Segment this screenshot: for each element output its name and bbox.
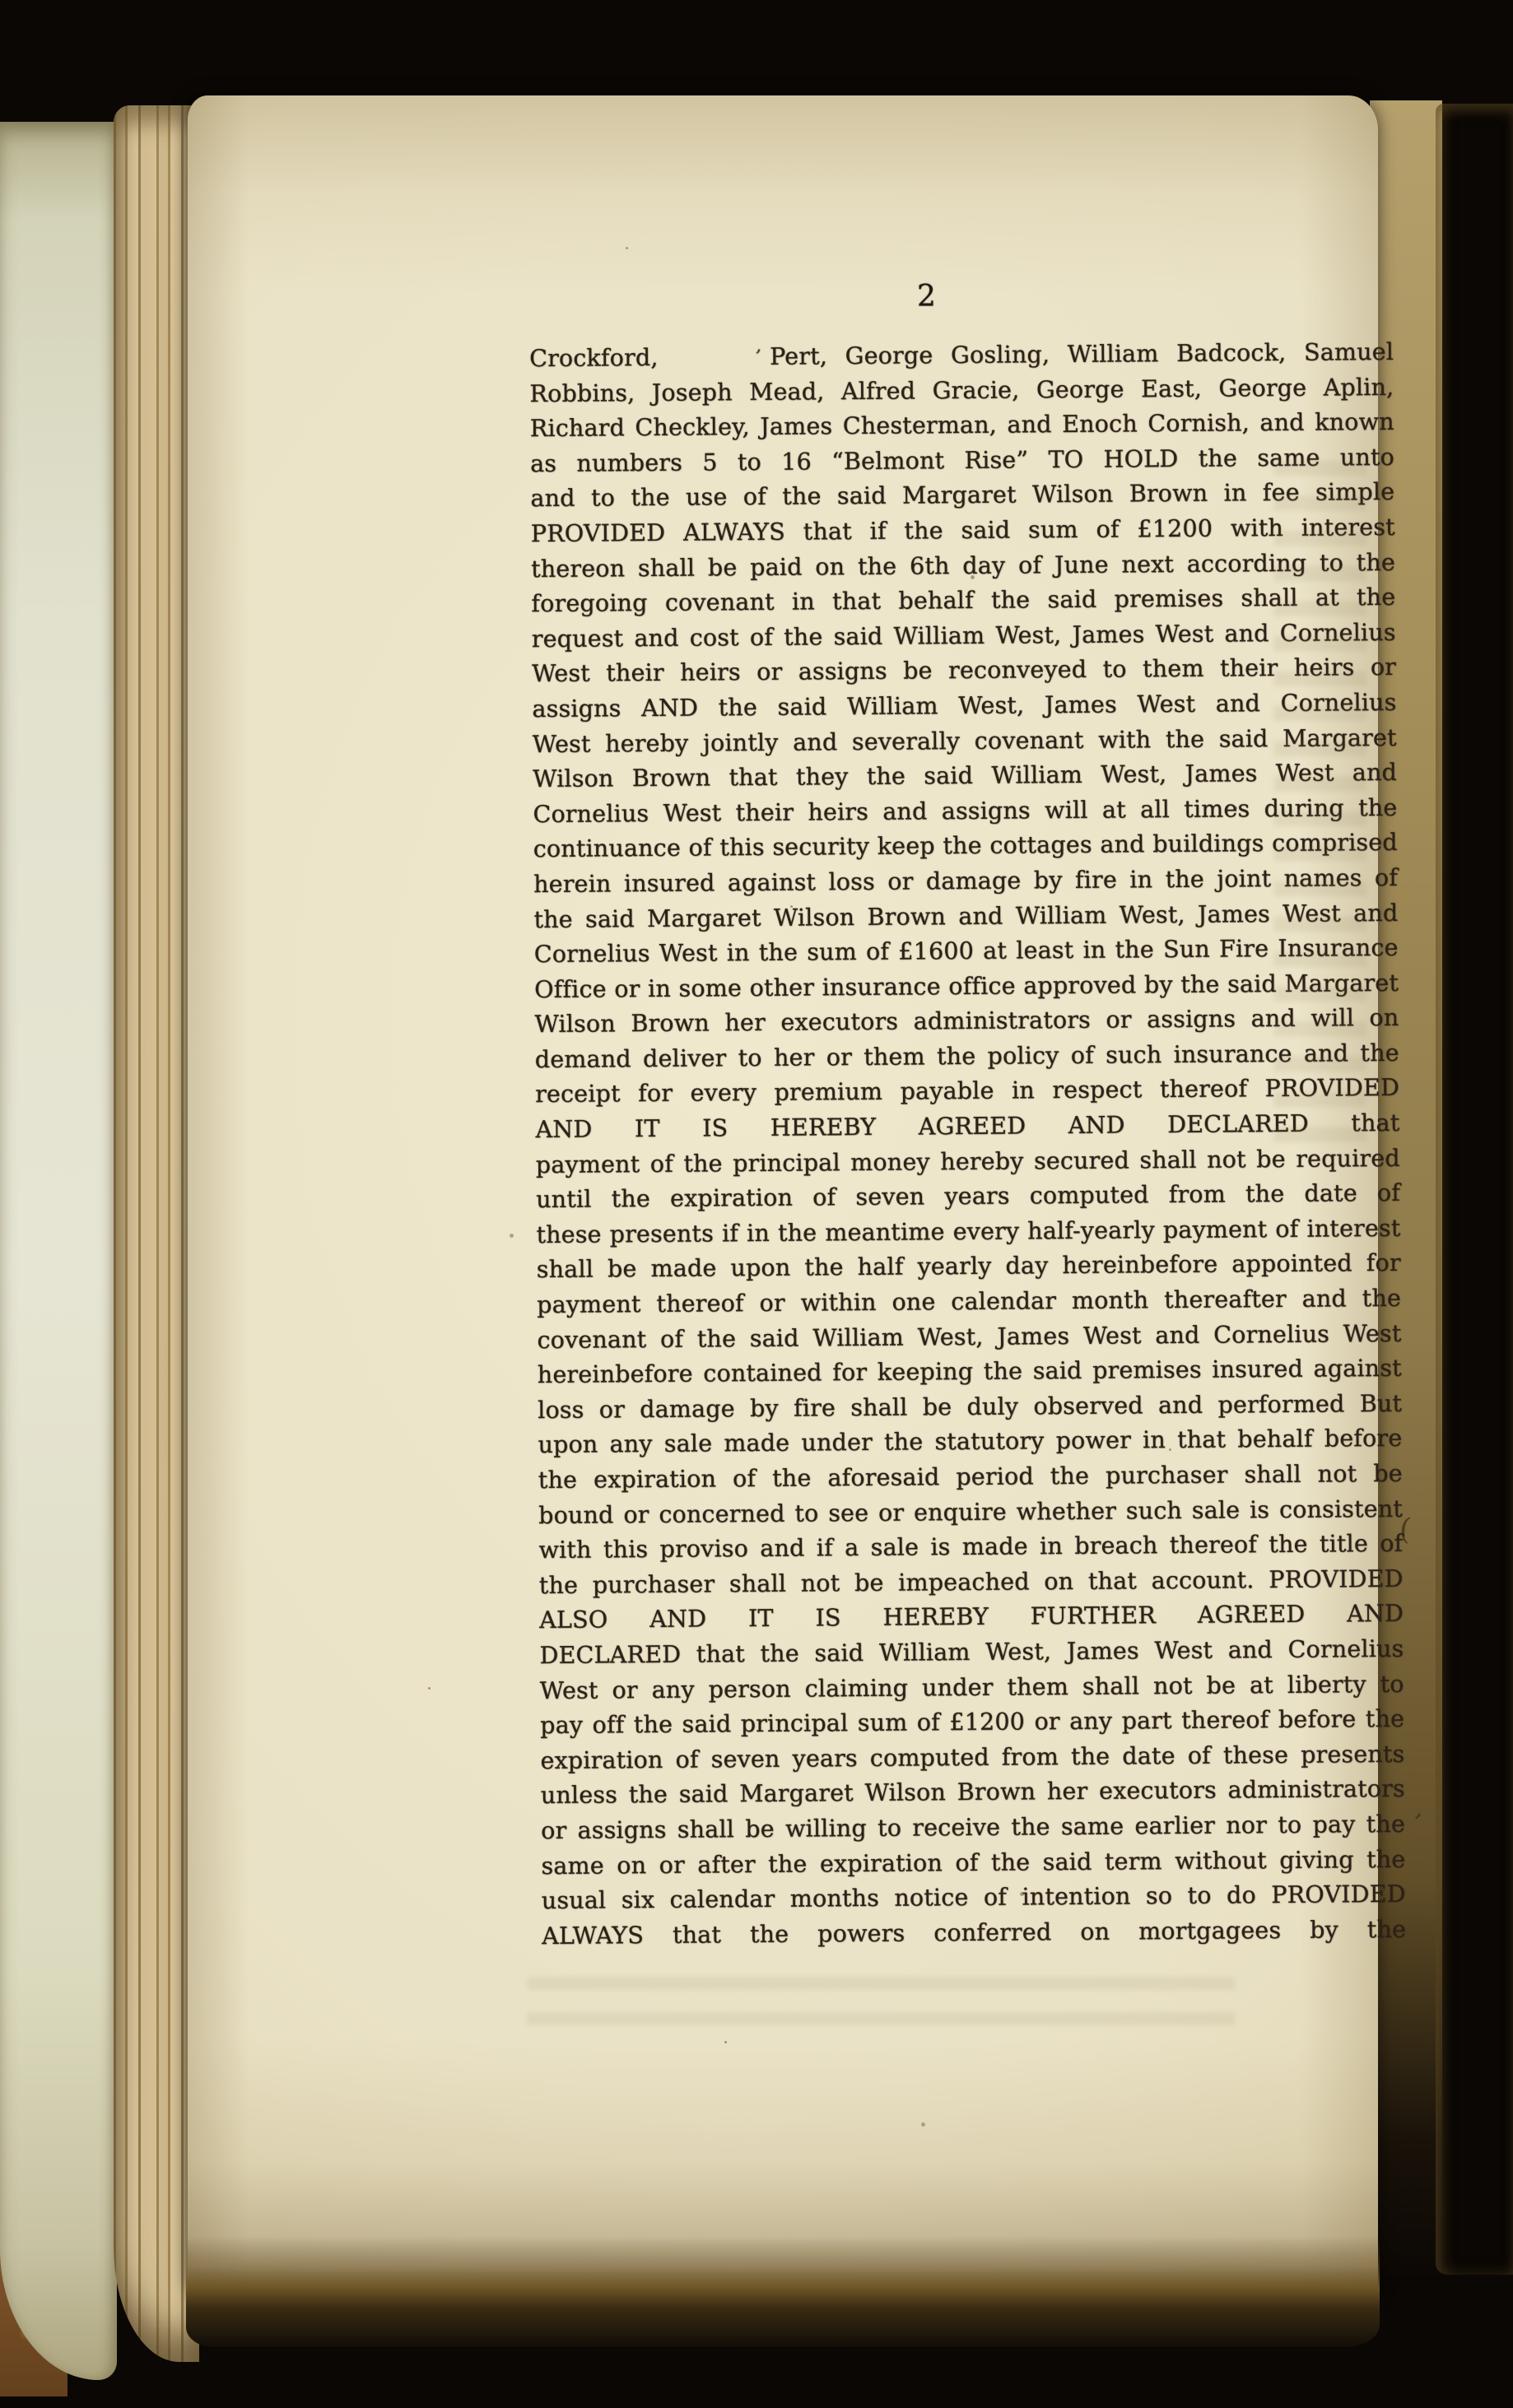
word: be xyxy=(608,1257,637,1284)
word: West xyxy=(1343,1320,1402,1347)
word: bound xyxy=(538,1502,614,1529)
word: Brown xyxy=(867,904,946,932)
page-edges-stack xyxy=(114,105,199,2362)
word: executors xyxy=(1099,1778,1217,1806)
word: or xyxy=(541,1818,566,1845)
word: at xyxy=(1102,797,1126,824)
word: in xyxy=(747,1220,770,1248)
word: joint xyxy=(1217,866,1271,893)
word: not xyxy=(1318,1461,1357,1488)
word: person xyxy=(709,1676,791,1704)
word: years xyxy=(792,1746,857,1773)
word: the xyxy=(1367,1917,1407,1944)
word: they xyxy=(796,764,849,791)
word: IT xyxy=(635,1116,660,1143)
word: William xyxy=(1068,341,1159,369)
word: one xyxy=(892,1289,935,1316)
word: IS xyxy=(702,1115,728,1142)
word: breach xyxy=(1074,1532,1158,1560)
word: the xyxy=(697,1326,737,1353)
word: with xyxy=(538,1537,591,1564)
word: this xyxy=(603,1536,649,1564)
word: for xyxy=(832,1360,867,1387)
word: Rise” xyxy=(964,447,1028,474)
word: these xyxy=(1223,1742,1288,1769)
word: and xyxy=(634,625,678,652)
word: her xyxy=(724,1010,766,1037)
word: on xyxy=(1044,1569,1073,1596)
word: within xyxy=(801,1290,877,1317)
word: Cornelius xyxy=(1213,1321,1329,1349)
word: sale xyxy=(664,1431,713,1458)
word: sum xyxy=(807,939,857,966)
word: before xyxy=(1278,1706,1357,1734)
word: TO xyxy=(1048,447,1083,474)
word: executors xyxy=(780,1009,898,1037)
word: AGREED xyxy=(1198,1601,1306,1629)
word: made xyxy=(650,1256,716,1283)
word: 16 xyxy=(781,449,812,476)
word: that xyxy=(803,518,852,546)
word: West xyxy=(1083,1323,1142,1350)
word: purchaser xyxy=(593,1571,715,1599)
word: off xyxy=(592,1712,624,1739)
word: approved xyxy=(1023,972,1136,1000)
word: Wilson xyxy=(774,904,855,932)
word: administrators xyxy=(1227,1776,1404,1804)
word: thereafter xyxy=(1164,1286,1287,1314)
word: Brown xyxy=(1129,481,1208,509)
word: AGREED xyxy=(919,1113,1027,1141)
word: the xyxy=(631,485,670,512)
word: hereby xyxy=(940,1148,1024,1176)
word: said xyxy=(777,694,826,721)
word: buildings xyxy=(1152,830,1264,858)
word: the xyxy=(991,588,1031,615)
word: and xyxy=(1259,410,1304,437)
word: unless xyxy=(541,1783,617,1810)
word: Badcock, xyxy=(1176,340,1286,368)
word: for xyxy=(1366,1250,1401,1277)
word: PROVIDED xyxy=(531,520,666,548)
word: in xyxy=(1129,867,1152,894)
word: or xyxy=(614,976,640,1003)
next-page-edge xyxy=(1436,104,1513,2275)
word: keep xyxy=(878,834,935,861)
word: Cornelius xyxy=(1281,690,1397,718)
word: West, xyxy=(985,1639,1051,1666)
word: ALWAYS xyxy=(683,519,785,547)
word: and xyxy=(760,1536,804,1563)
word: jointly xyxy=(703,729,779,756)
word: the xyxy=(1357,584,1396,611)
word: fire xyxy=(794,1395,836,1422)
word: be xyxy=(854,1570,884,1597)
word: the xyxy=(612,1186,651,1213)
word: premises xyxy=(1092,1357,1202,1385)
word: willing xyxy=(785,1815,867,1843)
word: West xyxy=(532,661,590,688)
word: to xyxy=(1380,1671,1404,1698)
word: principal xyxy=(741,1710,849,1738)
word: £1200 xyxy=(1137,516,1213,543)
word: under xyxy=(922,1674,994,1701)
word: on xyxy=(1080,1918,1110,1945)
word: FURTHER xyxy=(1031,1603,1157,1631)
word: of xyxy=(750,625,773,652)
word: and xyxy=(1353,900,1398,927)
word: insured xyxy=(1212,1356,1303,1384)
word: hereinbefore xyxy=(1062,1252,1217,1280)
word: pay xyxy=(1312,1811,1355,1839)
word: thereof xyxy=(1181,1707,1269,1735)
word: Enoch xyxy=(1062,411,1138,439)
word: thereof xyxy=(1160,1076,1248,1104)
word: of xyxy=(1188,1742,1211,1769)
word: receipt xyxy=(535,1081,621,1109)
word: the xyxy=(904,518,943,545)
word: made xyxy=(724,1430,789,1457)
word: according xyxy=(1187,550,1307,578)
word: Wilson xyxy=(534,1011,616,1039)
word: that xyxy=(729,765,777,792)
word: or xyxy=(887,868,913,895)
word: and xyxy=(1100,832,1144,859)
word: the xyxy=(1366,1811,1406,1839)
word: before xyxy=(1324,1425,1403,1453)
word: sum xyxy=(858,1710,908,1737)
word: half xyxy=(858,1254,904,1281)
word: insurance xyxy=(1173,1041,1292,1069)
word: keeping xyxy=(878,1359,974,1387)
word: West xyxy=(1154,1638,1213,1665)
word: comprised xyxy=(1272,830,1398,858)
word: AND xyxy=(1068,1113,1125,1140)
word: day xyxy=(962,552,1005,579)
word: payment xyxy=(536,1151,640,1179)
word: the xyxy=(858,553,897,580)
word: date xyxy=(1122,1743,1175,1770)
word: June xyxy=(1054,551,1109,579)
word: said xyxy=(1043,1848,1092,1876)
word: after xyxy=(697,1852,756,1879)
word: to xyxy=(878,1815,901,1843)
word: six xyxy=(621,1887,655,1914)
word: in xyxy=(1012,1078,1035,1105)
page-number: 2 xyxy=(917,280,936,314)
word: aforesaid xyxy=(827,1464,939,1492)
word: shall xyxy=(1139,1146,1196,1174)
word: Wilson xyxy=(1032,481,1114,509)
word: not xyxy=(801,1570,840,1597)
word: Cornelius xyxy=(534,941,650,969)
word: shall xyxy=(850,1394,907,1421)
word: any xyxy=(609,1431,652,1458)
word: simple xyxy=(1315,479,1394,507)
word: proviso xyxy=(659,1536,748,1564)
word: the xyxy=(1269,1532,1308,1559)
word: fee xyxy=(1263,480,1300,507)
word: a xyxy=(845,1535,859,1562)
word: respect xyxy=(1052,1077,1142,1105)
word: presents xyxy=(610,1220,715,1248)
word: James xyxy=(997,1323,1069,1350)
word: period xyxy=(956,1463,1034,1491)
word: of xyxy=(688,835,711,862)
word: every xyxy=(690,1080,756,1107)
word: sale xyxy=(1192,1497,1241,1524)
word: West, xyxy=(917,1323,983,1350)
word: and xyxy=(1224,621,1269,648)
word: James xyxy=(1045,691,1117,718)
word: assigns xyxy=(577,1817,666,1845)
word: half-yearly xyxy=(1027,1217,1155,1245)
word: the xyxy=(1180,971,1220,998)
word: and xyxy=(1352,760,1397,787)
word: ALSO xyxy=(539,1607,608,1634)
word: heirs xyxy=(1294,655,1355,682)
word: West xyxy=(540,1677,598,1704)
word: James xyxy=(1067,1638,1139,1665)
word: known xyxy=(1315,409,1394,437)
word: duly xyxy=(966,1393,1018,1420)
word: computed xyxy=(1030,1182,1149,1210)
word: heirs xyxy=(808,799,868,826)
word: to xyxy=(1103,657,1127,684)
word: part xyxy=(1121,1708,1171,1735)
word: impeached xyxy=(898,1569,1030,1597)
word: hereby xyxy=(605,730,689,758)
word: against xyxy=(1313,1355,1401,1383)
word: the xyxy=(1115,937,1154,964)
word: DECLARED xyxy=(539,1642,681,1670)
word: consistent xyxy=(1279,1495,1403,1523)
word: if xyxy=(722,1220,738,1248)
word: same xyxy=(1257,444,1320,472)
word: interest xyxy=(1301,514,1395,542)
word: be xyxy=(1206,1672,1236,1699)
word: principal xyxy=(733,1150,840,1178)
word: Brown xyxy=(957,1779,1036,1807)
word: and xyxy=(882,798,927,825)
document-page: 2 Crockford,ʼPert,GeorgeGosling,WilliamB… xyxy=(188,95,1378,2301)
word: at xyxy=(983,938,1007,965)
word: James xyxy=(760,413,832,440)
word: this xyxy=(719,834,765,862)
word: Office xyxy=(534,976,607,1003)
word: the xyxy=(1362,1285,1402,1313)
word: insured xyxy=(624,870,715,898)
word: covenant xyxy=(537,1327,646,1355)
word: £1600 xyxy=(898,938,974,965)
word: or xyxy=(599,1397,625,1424)
word: Chesterman, xyxy=(843,412,997,440)
word: enquire xyxy=(914,1499,1007,1527)
word: required xyxy=(1296,1146,1400,1174)
word: in xyxy=(792,589,815,616)
word: Margaret xyxy=(739,1780,854,1808)
word: at xyxy=(1315,585,1339,612)
word: damage xyxy=(926,867,1022,895)
word: in xyxy=(1040,1533,1063,1560)
word: Cornelius xyxy=(1280,620,1396,648)
word: Fire xyxy=(1219,936,1269,963)
word: be xyxy=(745,1816,775,1843)
word: or xyxy=(826,1044,852,1072)
word: computed xyxy=(870,1745,989,1773)
word: £1200 xyxy=(949,1709,1025,1736)
word: policy xyxy=(987,1043,1059,1070)
word: and xyxy=(958,903,1003,930)
word: pay xyxy=(540,1713,583,1740)
word: the xyxy=(539,1572,579,1599)
word: same xyxy=(1061,1813,1124,1840)
word: to xyxy=(738,1045,762,1072)
word: earlier xyxy=(1134,1813,1215,1841)
word: the xyxy=(683,1151,723,1178)
word: against xyxy=(728,869,816,897)
word: the xyxy=(937,1044,976,1071)
word: the xyxy=(984,1359,1023,1386)
word: or xyxy=(1371,654,1396,681)
word: of xyxy=(866,939,889,966)
word: in xyxy=(1223,481,1246,508)
word: and xyxy=(1155,1322,1199,1349)
word: Cornelius xyxy=(533,801,649,829)
word: covenant xyxy=(975,727,1084,755)
word: use xyxy=(686,485,728,512)
word: be xyxy=(1373,1461,1403,1488)
word: said xyxy=(585,906,635,933)
word: and xyxy=(793,729,837,756)
word: during xyxy=(1264,795,1344,823)
word: Aplin, xyxy=(1324,374,1394,401)
word: to xyxy=(591,486,615,513)
word: notice xyxy=(894,1885,968,1912)
word: to xyxy=(1187,1883,1211,1910)
word: assigns xyxy=(1147,1006,1236,1034)
word: of xyxy=(917,1709,940,1736)
word: with xyxy=(1231,515,1283,542)
word: the xyxy=(1366,1706,1405,1733)
word: presents xyxy=(1301,1741,1405,1769)
word: or xyxy=(1106,1007,1131,1034)
word: to xyxy=(1278,1812,1301,1839)
word: shall xyxy=(1241,585,1297,612)
word: of xyxy=(733,1466,756,1493)
word: the xyxy=(759,940,798,967)
word: be xyxy=(1256,1146,1286,1174)
word: 6th xyxy=(910,553,950,580)
word: severally xyxy=(852,728,960,756)
word: Wilson xyxy=(533,765,614,793)
word: the xyxy=(1366,1846,1406,1873)
word: sale xyxy=(871,1535,919,1562)
word: do xyxy=(1227,1882,1256,1909)
word: that xyxy=(1351,1110,1399,1137)
word: West xyxy=(659,940,718,967)
word: West xyxy=(1276,760,1334,788)
word: of xyxy=(650,1151,673,1178)
word: shall xyxy=(638,555,695,582)
word: Cornelius xyxy=(1287,1636,1404,1664)
word: the xyxy=(1071,1743,1110,1770)
word: will xyxy=(1310,1006,1354,1033)
word: the xyxy=(943,833,982,860)
word: said xyxy=(961,518,1010,545)
word: Robbins, xyxy=(529,380,635,408)
word: month xyxy=(1072,1287,1149,1314)
word: Brown xyxy=(631,1011,710,1039)
word: performed xyxy=(1217,1391,1344,1419)
word: thereon xyxy=(531,556,625,583)
word: liberty xyxy=(1287,1671,1366,1699)
word: West xyxy=(533,731,591,758)
word: for xyxy=(638,1081,673,1108)
word: contained xyxy=(703,1360,822,1388)
word: some xyxy=(678,975,742,1002)
word: unto xyxy=(1340,444,1394,472)
word: if xyxy=(869,518,886,546)
word: ALWAYS xyxy=(542,1922,644,1950)
page-bottom-worn-edge xyxy=(186,2237,1380,2347)
word: request xyxy=(532,625,624,653)
word: sum xyxy=(1028,517,1078,544)
word: expiration xyxy=(540,1747,663,1775)
word: premises xyxy=(1114,586,1223,614)
stray-ink-mark: ʼ xyxy=(752,346,762,368)
word: William xyxy=(893,623,985,651)
word: appointed xyxy=(1231,1251,1352,1279)
word: until xyxy=(536,1187,592,1214)
word: is xyxy=(1250,1497,1269,1524)
word: that xyxy=(1088,1568,1137,1595)
word: the xyxy=(772,1465,812,1492)
word: and xyxy=(530,486,575,513)
word: Crockford, xyxy=(529,345,659,373)
word: to xyxy=(738,449,761,476)
word: Gosling, xyxy=(951,342,1050,370)
word: office xyxy=(948,973,1016,1000)
word: the xyxy=(778,1220,817,1247)
word: in xyxy=(1143,1428,1166,1455)
word: them xyxy=(864,1044,925,1071)
word: of xyxy=(1018,552,1041,579)
word: said xyxy=(814,1640,864,1667)
word: DECLARED xyxy=(1167,1111,1309,1139)
word: these xyxy=(536,1221,601,1248)
word: or xyxy=(756,659,782,686)
word: all xyxy=(1140,797,1170,824)
word: Joseph xyxy=(652,379,733,407)
word: her xyxy=(774,1044,815,1072)
line-segment: Pert,GeorgeGosling,WilliamBadcock,Samuel xyxy=(770,339,1394,371)
word: William xyxy=(991,762,1082,790)
word: reconveyed xyxy=(948,657,1087,685)
word: of xyxy=(743,484,766,511)
word: numbers xyxy=(576,449,682,477)
word: that xyxy=(696,1641,745,1668)
word: title xyxy=(1320,1531,1368,1558)
word: from xyxy=(1002,1744,1059,1771)
word: in xyxy=(648,975,671,1002)
word: assigns xyxy=(532,695,621,723)
word: upon xyxy=(538,1432,598,1459)
word: and xyxy=(1302,1285,1347,1313)
word: William xyxy=(812,1324,904,1352)
word: or xyxy=(759,1290,784,1318)
text-line: ALWAYSthatthepowersconferredonmortgagees… xyxy=(542,1917,1406,1959)
